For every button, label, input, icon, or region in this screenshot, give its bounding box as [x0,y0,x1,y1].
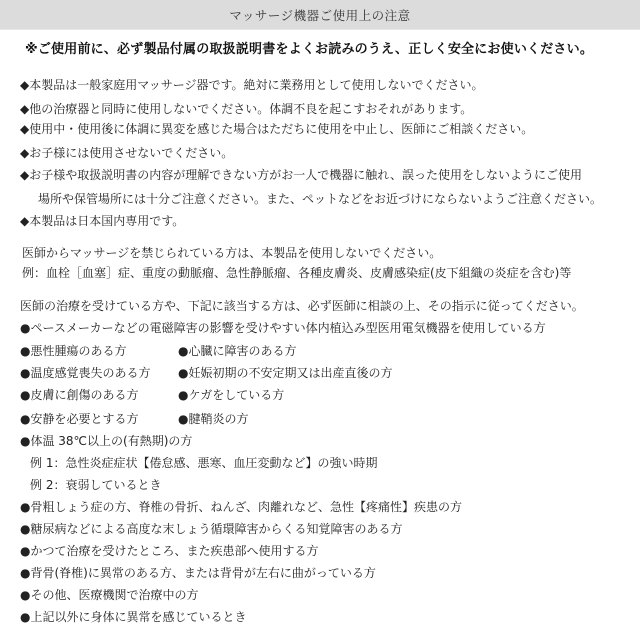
caution-item: ◆お子様には使用させないでください。 [20,145,233,161]
consult-item: ●妊娠初期の不安定期又は出産直後の方 [178,365,392,381]
consult-item: ●上記以外に身体に異常を感じているとき [20,609,246,625]
page-title: マッサージ機器ご使用上の注意 [229,6,410,24]
caution-item: ◆本製品は日本国内専用です。 [20,213,184,229]
consult-item-fever: ●体温 38℃以上の(有熱期)の方 [20,433,192,449]
consult-item: ●安静を必要とする方 [20,411,138,427]
consult-item: ●温度感覚喪失のある方 [20,365,150,381]
consult-item: ●背骨(脊椎)に異常のある方、または背骨が左右に曲がっている方 [20,565,376,581]
consult-intro: 医師の治療を受けている方や、下記に該当する方は、必ず医師に相談の上、その指示に従… [20,298,584,314]
consult-item: ●心臓に障害のある方 [178,343,296,359]
prohibited-example: 例：血栓［血塞］症、重度の動脈瘤、急性静脈瘤、各種皮膚炎、皮膚感染症(皮下組織の… [22,265,571,281]
consult-item: ●ペースメーカーなどの電磁障害の影響を受けやすい体内植込み型医用電気機器を使用し… [20,320,546,336]
consult-item: ●腱鞘炎の方 [178,411,248,427]
caution-item: ◆使用中・使用後に体調に異変を感じた場合はただちに使用を中止し、医師にご相談くだ… [20,121,533,137]
caution-item: ◆本製品は一般家庭用マッサージ器です。絶対に業務用として使用しないでください。 [20,77,484,93]
consult-item: ●ケガをしている方 [178,387,284,403]
caution-item: ◆他の治療器と同時に使用しないでください。体調不良を起こすおそれがあります。 [20,101,472,117]
caution-item-continued: 場所や保管場所には十分ご注意ください。また、ペットなどをお近づけにならないようご… [38,191,602,207]
caution-item: ◆お子様や取扱説明書の内容が理解できない方がお一人で機器に触れ、誤った使用をしな… [20,167,582,183]
fever-example: 例 2：衰弱しているとき [30,477,161,493]
consult-item: ●骨粗しょう症の方、脊椎の骨折、ねんざ、肉離れなど、急性【疼痛性】疾患の方 [20,499,462,515]
consult-item: ●かつて治療を受けたところ、また疾患部へ使用する方 [20,543,318,559]
consult-item: ●悪性腫瘍のある方 [20,343,126,359]
consult-item: ●皮膚に創傷のある方 [20,387,138,403]
fever-example: 例 1：急性炎症症状【倦怠感、悪寒、血圧変動など】の強い時期 [30,455,377,471]
prohibited-text: 医師からマッサージを禁じられている方は、本製品を使用しないでください。 [22,245,441,261]
title-bar: マッサージ機器ご使用上の注意 [0,0,640,30]
consult-item: ●糖尿病などによる高度な末しょう循環障害からくる知覚障害のある方 [20,521,402,537]
notice-text: ※ご使用前に、必ず製品付属の取扱説明書をよくお読みのうえ、正しく安全にお使いくだ… [25,42,593,58]
consult-item: ●その他、医療機関で治療中の方 [20,587,198,603]
